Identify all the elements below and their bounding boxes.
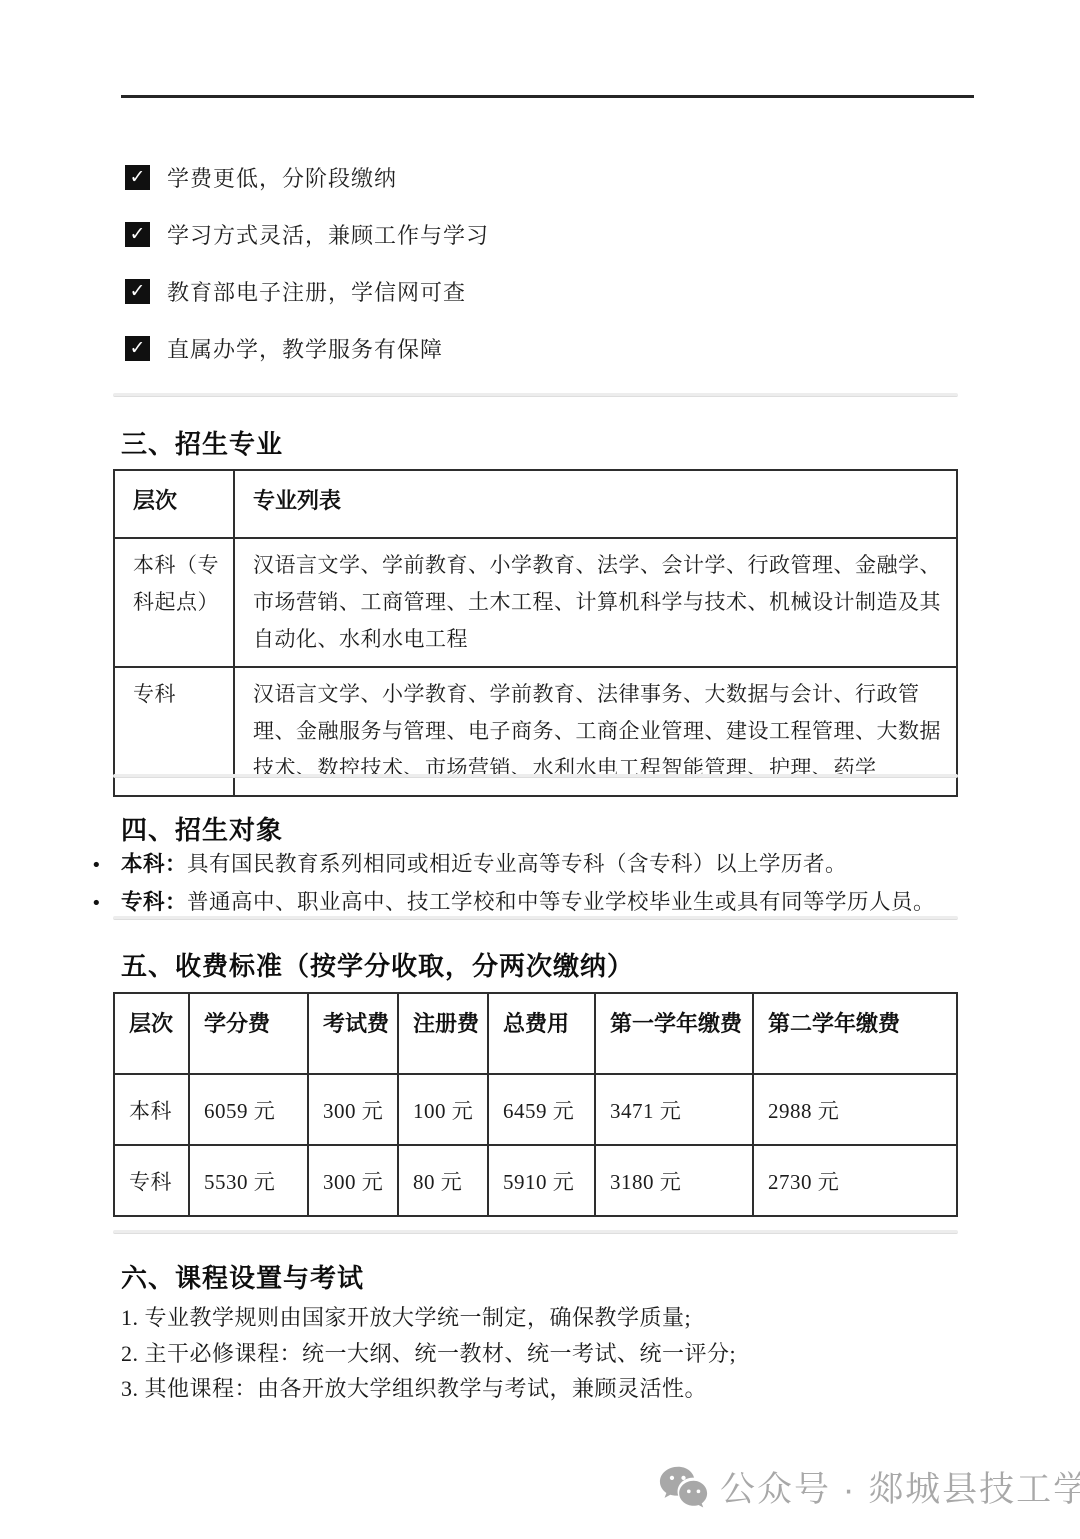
level-cell: 专科: [114, 1145, 189, 1216]
checklist-item: ✓ 学习方式灵活，兼顾工作与学习: [125, 221, 489, 247]
target-text: 普通高中、职业高中、技工学校和中等专业学校毕业生或具有同等学历人员。: [187, 884, 935, 920]
level-cell: 本科: [114, 1074, 189, 1145]
level-cell: 本科（专科起点）: [114, 538, 234, 667]
target-label: 专科：: [121, 884, 187, 920]
fees-header-level: 层次: [114, 993, 189, 1074]
majors-table: 层次 专业列表 本科（专科起点） 汉语言文学、学前教育、小学教育、法学、会计学、…: [113, 469, 958, 797]
checklist-item: ✓ 教育部电子注册，学信网可查: [125, 278, 489, 304]
exam-fee-cell: 300 元: [308, 1145, 398, 1216]
section-divider: [113, 1230, 958, 1234]
checked-checkbox-icon: ✓: [125, 279, 150, 304]
watermark-label: 公众号 · 郯城县技工学校: [720, 1462, 1080, 1512]
top-divider-rule: [121, 95, 974, 98]
fees-header-year2: 第二学年缴费: [753, 993, 957, 1074]
targets-list: • 本科： 具有国民教育系列相同或相近专业高等专科（含专科）以上学历者。 • 专…: [121, 846, 935, 922]
wechat-icon: [658, 1464, 710, 1510]
checklist-item-label: 教育部电子注册，学信网可查: [167, 276, 466, 307]
benefits-checklist: ✓ 学费更低，分阶段缴纳 ✓ 学习方式灵活，兼顾工作与学习 ✓ 教育部电子注册，…: [125, 164, 489, 392]
checklist-item: ✓ 直属办学，教学服务有保障: [125, 335, 489, 361]
register-fee-cell: 80 元: [398, 1145, 488, 1216]
target-text: 具有国民教育系列相同或相近专业高等专科（含专科）以上学历者。: [187, 846, 847, 882]
checklist-item-label: 直属办学，教学服务有保障: [167, 333, 443, 364]
target-label: 本科：: [121, 846, 187, 882]
majors-header-level: 层次: [114, 470, 234, 538]
majors-list-cell: 汉语言文学、学前教育、小学教育、法学、会计学、行政管理、金融学、市场营销、工商管…: [234, 538, 957, 667]
fees-header-total: 总费用: [488, 993, 595, 1074]
list-item: 1. 专业教学规则由国家开放大学统一制定，确保教学质量;: [121, 1300, 736, 1336]
checked-checkbox-icon: ✓: [125, 222, 150, 247]
section-title-courses: 六、课程设置与考试: [121, 1258, 364, 1295]
fees-header-credit: 学分费: [189, 993, 308, 1074]
majors-header-list: 专业列表: [234, 470, 957, 538]
section-divider: [113, 774, 958, 778]
checklist-item-label: 学习方式灵活，兼顾工作与学习: [167, 219, 489, 250]
year1-fee-cell: 3180 元: [595, 1145, 753, 1216]
year2-fee-cell: 2988 元: [753, 1074, 957, 1145]
section-title-targets: 四、招生对象: [121, 810, 283, 847]
list-item: 2. 主干必修课程：统一大纲、统一教材、统一考试、统一评分;: [121, 1336, 736, 1372]
exam-fee-cell: 300 元: [308, 1074, 398, 1145]
fees-header-exam: 考试费: [308, 993, 398, 1074]
section-divider: [113, 393, 958, 397]
section-divider: [113, 916, 958, 920]
list-item: 3. 其他课程：由各开放大学组织教学与考试，兼顾灵活性。: [121, 1371, 736, 1407]
register-fee-cell: 100 元: [398, 1074, 488, 1145]
table-row: 本科（专科起点） 汉语言文学、学前教育、小学教育、法学、会计学、行政管理、金融学…: [114, 538, 957, 667]
total-fee-cell: 6459 元: [488, 1074, 595, 1145]
total-fee-cell: 5910 元: [488, 1145, 595, 1216]
checked-checkbox-icon: ✓: [125, 165, 150, 190]
checked-checkbox-icon: ✓: [125, 336, 150, 361]
credit-fee-cell: 6059 元: [189, 1074, 308, 1145]
checklist-item-label: 学费更低，分阶段缴纳: [167, 162, 397, 193]
fees-header-register: 注册费: [398, 993, 488, 1074]
courses-list: 1. 专业教学规则由国家开放大学统一制定，确保教学质量; 2. 主干必修课程：统…: [121, 1300, 736, 1407]
table-header-row: 层次 学分费 考试费 注册费 总费用 第一学年缴费 第二学年缴费: [114, 993, 957, 1074]
section-title-fees: 五、收费标准（按学分收取，分两次缴纳）: [121, 946, 634, 983]
watermark: 公众号 · 郯城县技工学校: [658, 1462, 1080, 1512]
table-row: 专科 5530 元 300 元 80 元 5910 元 3180 元 2730 …: [114, 1145, 957, 1216]
year2-fee-cell: 2730 元: [753, 1145, 957, 1216]
fees-header-year1: 第一学年缴费: [595, 993, 753, 1074]
bullet-icon: •: [91, 848, 121, 884]
table-row: 本科 6059 元 300 元 100 元 6459 元 3471 元 2988…: [114, 1074, 957, 1145]
year1-fee-cell: 3471 元: [595, 1074, 753, 1145]
section-title-majors: 三、招生专业: [121, 424, 283, 461]
credit-fee-cell: 5530 元: [189, 1145, 308, 1216]
checklist-item: ✓ 学费更低，分阶段缴纳: [125, 164, 489, 190]
table-header-row: 层次 专业列表: [114, 470, 957, 538]
document-page: ✓ 学费更低，分阶段缴纳 ✓ 学习方式灵活，兼顾工作与学习 ✓ 教育部电子注册，…: [0, 0, 1080, 1539]
list-item: • 本科： 具有国民教育系列相同或相近专业高等专科（含专科）以上学历者。: [121, 846, 935, 884]
fees-table: 层次 学分费 考试费 注册费 总费用 第一学年缴费 第二学年缴费 本科 6059…: [113, 992, 958, 1217]
